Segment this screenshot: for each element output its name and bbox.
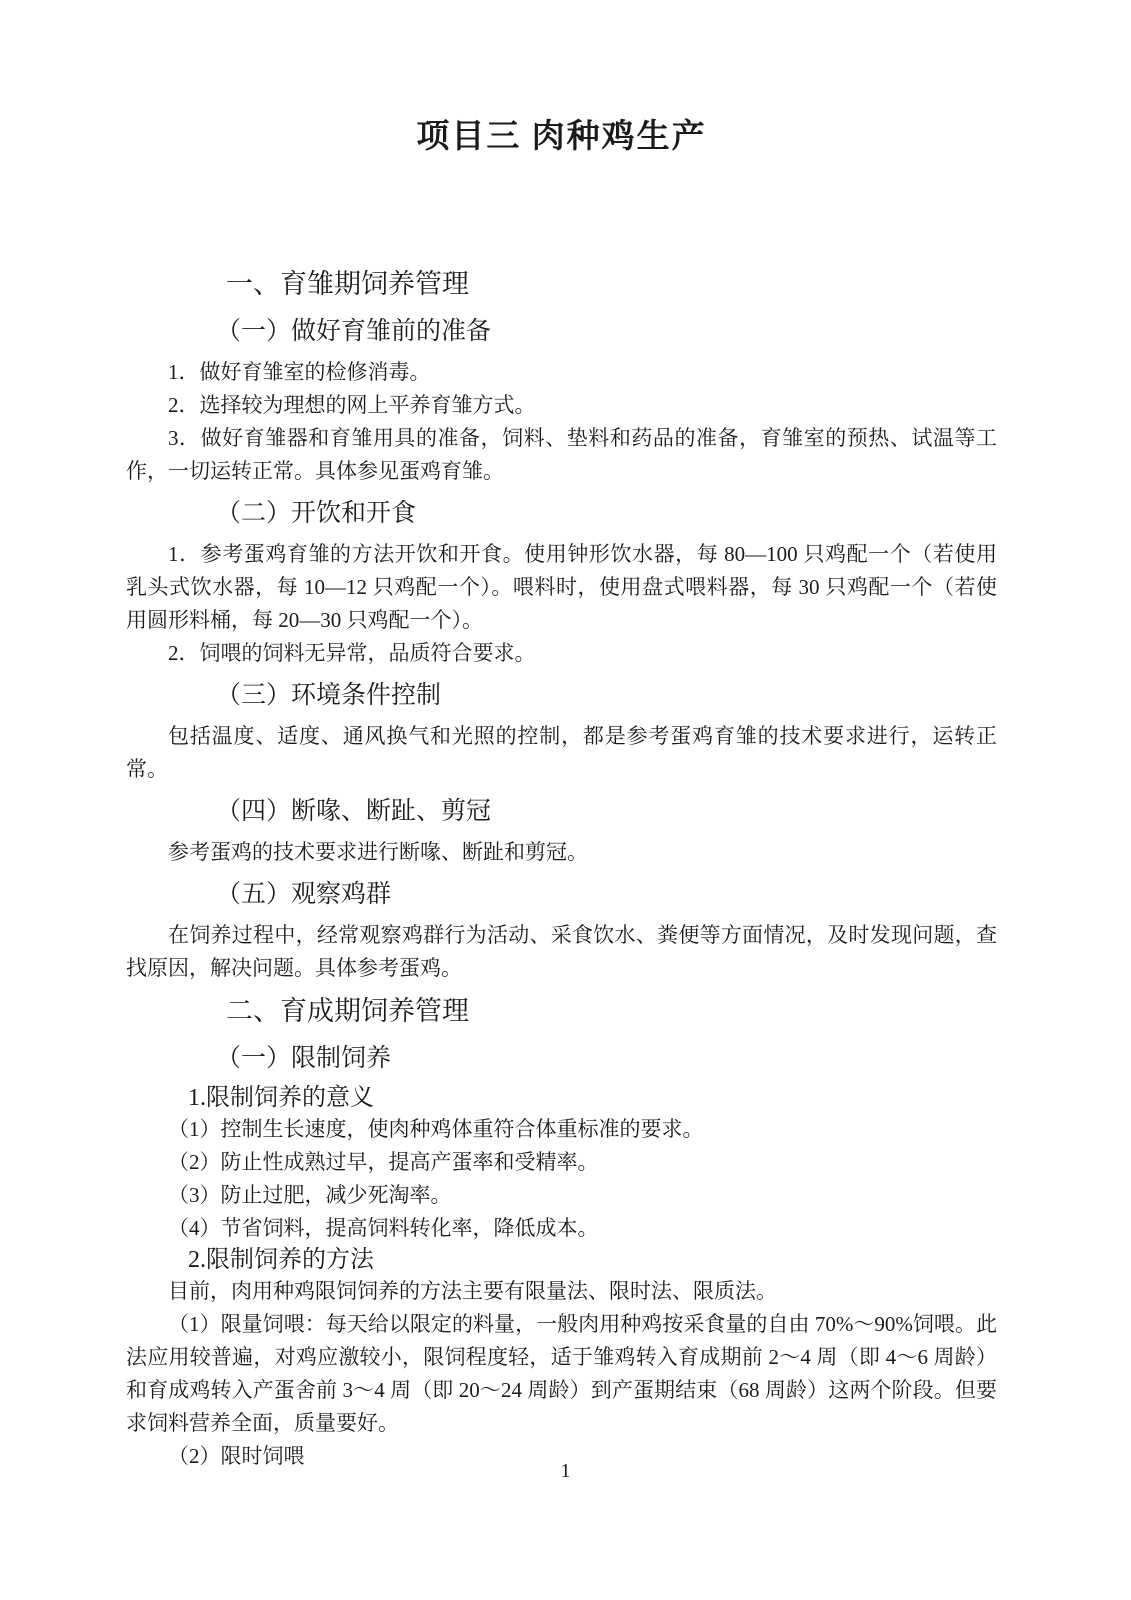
subsection-heading: （五）观察鸡群 (216, 877, 997, 913)
sub-subsection-heading: 1.限制饲养的意义 (188, 1083, 997, 1113)
document-body: 一、育雏期饲养管理 （一）做好育雏前的准备 1．做好育雏室的检修消毒。 2．选择… (126, 262, 997, 1473)
paragraph: 目前，肉用种鸡限饲饲养的方法主要有限量法、限时法、限质法。 (126, 1275, 997, 1308)
document-title: 项目三 肉种鸡生产 (126, 112, 997, 162)
paragraph: 1．做好育雏室的检修消毒。 (126, 356, 997, 389)
paragraph: 2．饲喂的饲料无异常，品质符合要求。 (126, 637, 997, 670)
paragraph: （4）节省饲料，提高饲料转化率，降低成本。 (126, 1212, 997, 1245)
subsection-heading: （一）限制饲养 (216, 1041, 997, 1077)
paragraph: 在饲养过程中，经常观察鸡群行为活动、采食饮水、粪便等方面情况，及时发现问题，查找… (126, 919, 997, 985)
subsection-heading: （三）环境条件控制 (216, 678, 997, 714)
paragraph: （1）控制生长速度，使肉种鸡体重符合体重标准的要求。 (126, 1113, 997, 1146)
paragraph: 3．做好育雏器和育雏用具的准备，饲料、垫料和药品的准备，育雏室的预热、试温等工作… (126, 422, 997, 488)
subsection-heading: （四）断喙、断趾、剪冠 (216, 794, 997, 830)
paragraph: 参考蛋鸡的技术要求进行断喙、断趾和剪冠。 (126, 836, 997, 869)
paragraph: 2．选择较为理想的网上平养育雏方式。 (126, 389, 997, 422)
paragraph: （2）防止性成熟过早，提高产蛋率和受精率。 (126, 1146, 997, 1179)
subsection-heading: （一）做好育雏前的准备 (216, 314, 997, 350)
paragraph: （3）防止过肥，减少死淘率。 (126, 1179, 997, 1212)
page-number: 1 (0, 1458, 1131, 1484)
section-heading: 一、育雏期饲养管理 (226, 262, 997, 306)
subsection-heading: （二）开饮和开食 (216, 496, 997, 532)
paragraph: （1）限量饲喂：每天给以限定的料量，一般肉用种鸡按采食量的自由 70%～90%饲… (126, 1308, 997, 1440)
sub-subsection-heading: 2.限制饲养的方法 (188, 1245, 997, 1275)
paragraph: 1．参考蛋鸡育雏的方法开饮和开食。使用钟形饮水器，每 80—100 只鸡配一个（… (126, 538, 997, 637)
document-page: 项目三 肉种鸡生产 一、育雏期饲养管理 （一）做好育雏前的准备 1．做好育雏室的… (0, 0, 1131, 1600)
paragraph: 包括温度、适度、通风换气和光照的控制，都是参考蛋鸡育雏的技术要求进行，运转正常。 (126, 720, 997, 786)
section-heading: 二、育成期饲养管理 (226, 989, 997, 1033)
